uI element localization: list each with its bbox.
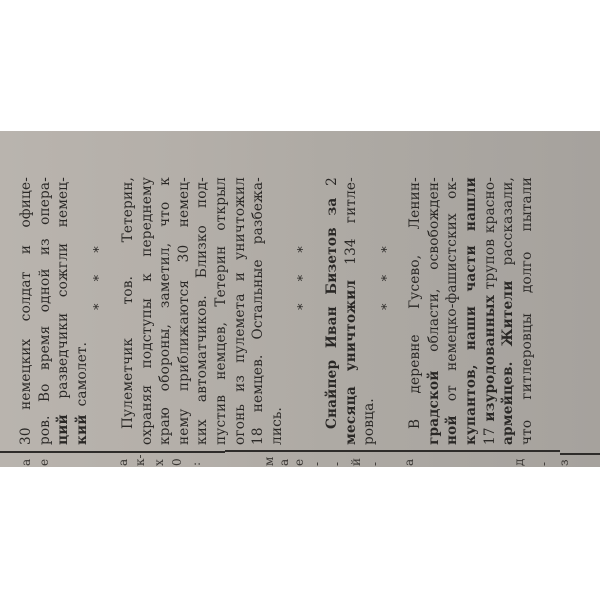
separator-asterisks: * * * — [295, 177, 314, 445]
word: немец- — [54, 177, 73, 227]
word: солдат — [17, 272, 36, 322]
word: из — [36, 238, 55, 255]
word: тов. — [119, 276, 138, 304]
word: долго — [518, 252, 537, 294]
word: заметил, — [156, 243, 175, 308]
text-line: краюобороны,заметил,чток — [156, 177, 175, 445]
word: ких — [193, 419, 212, 445]
column-rule — [0, 451, 225, 453]
word: 17 — [481, 427, 500, 445]
word: уничтожил — [342, 280, 361, 371]
word: Бизетов — [323, 227, 342, 294]
text-line: Пулеметчиктов.Тетерин, — [119, 177, 138, 445]
word: нашли — [462, 177, 481, 231]
word: наши — [462, 306, 481, 350]
word: Ленин- — [406, 177, 425, 229]
word: пустив — [212, 395, 231, 445]
word: время — [36, 326, 55, 371]
text-line: ровца. — [360, 177, 379, 445]
text-line: ров.Вовремяоднойизопера- — [36, 177, 55, 445]
word: нему — [175, 409, 194, 445]
neighbor-fragment: 0 — [170, 458, 184, 466]
neighbor-fragment: х — [152, 459, 166, 466]
neighbor-fragment: а — [277, 459, 291, 466]
word: 2 — [323, 177, 342, 186]
word: области, — [425, 289, 444, 352]
spacer — [110, 177, 119, 445]
word: самолет. — [73, 342, 92, 407]
word: части — [462, 245, 481, 292]
text-line: ВдеревнеГусево,Ленин- — [406, 177, 425, 445]
word: гитлеровцы — [518, 313, 537, 399]
word: опера- — [36, 177, 55, 225]
text-line: лись. — [268, 177, 287, 445]
word: 134 — [342, 238, 361, 265]
column-rule — [560, 453, 600, 455]
word: подступы — [138, 298, 157, 368]
neighbor-fragment: а — [402, 459, 416, 466]
word: немецко-фашистских — [443, 213, 462, 371]
word: деревне — [406, 334, 425, 393]
word: из — [231, 375, 250, 392]
spacer — [314, 177, 323, 445]
word: ок- — [443, 177, 462, 199]
word: ров. — [36, 415, 55, 445]
paragraph-block-4: ВдеревнеГусево,Ленин-градскойобласти,осв… — [406, 177, 536, 445]
word: открыл — [212, 177, 231, 231]
text-line: немуприближаются30немец- — [175, 177, 194, 445]
paragraph-block-2: Пулеметчиктов.Тетерин,охраняяподступыкпе… — [119, 177, 286, 445]
word: офице- — [17, 177, 36, 227]
word: к — [156, 177, 175, 186]
word: 30 — [17, 427, 36, 445]
neighbor-fragment: а — [19, 459, 33, 466]
separator-asterisks: * * * — [379, 177, 398, 445]
word: немец- — [175, 177, 194, 227]
word: месяца — [342, 386, 361, 445]
neighbor-fragment: к- — [133, 454, 147, 466]
word: ций — [54, 414, 73, 445]
word: красно- — [481, 177, 500, 233]
neighbor-fragment: й — [349, 458, 363, 466]
word: кий — [73, 414, 92, 445]
word: лись. — [268, 407, 287, 445]
paragraph-block-1: 30немецкихсолдатиофице-ров.Вовремяоднойи… — [17, 177, 91, 445]
word: рассказали, — [499, 177, 518, 265]
neighbor-fragment: - — [537, 462, 551, 466]
word: гитле- — [342, 177, 361, 223]
word: огонь — [231, 404, 250, 445]
paragraph-block-3: СнайперИванБизетовза2месяцауничтожил134г… — [323, 177, 379, 445]
text-line: огоньизпулеметаиуничтожил — [231, 177, 250, 445]
article-column: 30немецкихсолдатиофице-ров.Вовремяоднойи… — [17, 177, 536, 445]
word: ровца. — [360, 398, 379, 445]
word: от — [443, 385, 462, 401]
word: Снайпер — [323, 360, 342, 429]
neighbor-fragment: - — [368, 462, 382, 466]
word: немецких — [17, 339, 36, 410]
word: обороны, — [156, 324, 175, 391]
neighbor-fragment: е — [37, 459, 51, 466]
text-line: нойотнемецко-фашистскихок- — [443, 177, 462, 445]
spacer — [397, 177, 406, 445]
word: армейцев. — [499, 361, 518, 445]
neighbor-fragment: м — [262, 457, 276, 466]
word: Гусево, — [406, 255, 425, 309]
word: одной — [36, 268, 55, 312]
text-line: кийсамолет. — [73, 177, 92, 445]
word: разведчики — [54, 313, 73, 399]
word: Тетерин — [212, 246, 231, 307]
word: Во — [36, 383, 55, 402]
spacer — [286, 177, 295, 445]
word: Пулеметчик — [119, 338, 138, 429]
neighbor-fragment: е — [292, 459, 306, 466]
word: Остальные — [249, 259, 268, 339]
word: изуродованных — [481, 295, 500, 422]
word: за — [323, 198, 342, 216]
text-line: армейцев.Жителирассказали, — [499, 177, 518, 445]
word: 30 — [175, 245, 194, 263]
neighbor-fragment: з — [557, 459, 571, 466]
text-line: купантов,нашичастинашли — [462, 177, 481, 445]
word: автоматчиков. — [193, 295, 212, 402]
word: что — [518, 420, 537, 445]
text-line: градскойобласти,освобожден- — [425, 177, 444, 445]
word: освобожден- — [425, 177, 444, 270]
neighbor-fragment: : — [189, 462, 203, 466]
word: пытали — [518, 177, 537, 231]
text-line: месяцауничтожил134гитле- — [342, 177, 361, 445]
word: 18 — [249, 427, 268, 445]
newspaper-page: аеак-х0:мае--й-ад-з 30немецкихсолдатиофи… — [0, 131, 600, 467]
text-line: охраняяподступыкпереднему — [138, 177, 157, 445]
column-rule — [225, 450, 560, 452]
word: немцев, — [212, 322, 231, 380]
text-line: 18немцев.Остальныеразбежа- — [249, 177, 268, 445]
neighbor-fragment: - — [310, 462, 324, 466]
word: под- — [193, 177, 212, 208]
word: В — [406, 419, 425, 429]
word: Близко — [193, 225, 212, 278]
neighbor-fragment: а — [116, 459, 130, 466]
word: немцев. — [249, 354, 268, 412]
word: переднему — [138, 177, 157, 257]
neighbor-column-fragments: аеак-х0:мае--й-ад-з — [0, 453, 600, 466]
word: Иван — [323, 306, 342, 348]
neighbor-fragment: д — [512, 459, 526, 466]
word: градской — [425, 370, 444, 445]
word: Жители — [499, 281, 518, 347]
text-line: пустивнемцев,Тетериноткрыл — [212, 177, 231, 445]
separator-asterisks: * * * — [91, 177, 110, 445]
word: сожгли — [54, 243, 73, 297]
word: что — [156, 202, 175, 227]
text-line: цийразведчикисожглинемец- — [54, 177, 73, 445]
word: и — [17, 245, 36, 254]
word: приближаются — [175, 280, 194, 391]
word: охраняя — [138, 385, 157, 445]
neighbor-fragment: - — [330, 462, 344, 466]
text-line: СнайперИванБизетовза2 — [323, 177, 342, 445]
rotated-text-frame: аеак-х0:мае--й-ад-з 30немецкихсолдатиофи… — [0, 131, 600, 467]
word: разбежа- — [249, 177, 268, 244]
word: трупов — [481, 239, 500, 289]
word: купантов, — [462, 364, 481, 445]
word: уничтожил — [231, 177, 250, 260]
word: ной — [443, 415, 462, 445]
word: Тетерин, — [119, 177, 138, 242]
word: и — [231, 272, 250, 281]
text-line: чтогитлеровцыдолгопытали — [518, 177, 537, 445]
text-line: 17изуродованныхтруповкрасно- — [481, 177, 500, 445]
text-line: кихавтоматчиков.Близкопод- — [193, 177, 212, 445]
word: краю — [156, 407, 175, 445]
word: пулемета — [231, 293, 250, 363]
text-line: 30немецкихсолдатиофице- — [17, 177, 36, 445]
word: к — [138, 273, 157, 282]
